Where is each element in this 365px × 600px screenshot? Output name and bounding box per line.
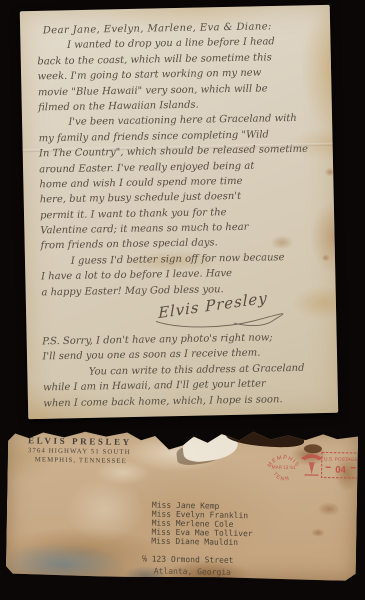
- stamp-state-text: TENN: [271, 471, 291, 483]
- stamp-eagle-icon: [309, 462, 315, 474]
- photo-background: Dear Jane, Evelyn, Marlene, Eva & Diane:…: [0, 0, 365, 600]
- return-address-street: 3764 HIGHWAY 51 SOUTH: [28, 447, 132, 456]
- letter-sheet: Dear Jane, Evelyn, Marlene, Eva & Diane:…: [20, 5, 338, 419]
- recipient-street-line: ℅ 123 Ormond Street: [142, 555, 252, 566]
- envelope: ELVIS PRESLEY 3764 HIGHWAY 51 SOUTH MEMP…: [6, 426, 359, 581]
- recipient-city-line: Atlanta, Georgia: [154, 568, 252, 579]
- signature-block: Elvis Presley: [158, 297, 309, 330]
- stamp-wing-ornament: [301, 454, 323, 460]
- stamp-value-text: 04: [335, 465, 346, 476]
- postage-meter-stamp: MEMPHIS TENN MAR 13 '61 U.S. POSTAGE 04: [264, 445, 363, 487]
- stamp-date-text: MAR 13 '61: [272, 465, 296, 470]
- return-address: ELVIS PRESLEY 3764 HIGHWAY 51 SOUTH MEMP…: [28, 435, 132, 465]
- return-address-name: ELVIS PRESLEY: [28, 435, 132, 447]
- letter-body: Dear Jane, Evelyn, Marlene, Eva & Diane:…: [37, 18, 330, 411]
- stamp-postage-label: U.S. POSTAGE: [324, 456, 358, 463]
- recipient-address-block: Miss Jane Kemp Miss Evelyn Franklin Miss…: [151, 501, 253, 578]
- svg-text:TENN: TENN: [271, 471, 291, 483]
- recipient-line: Miss Diane Mauldin: [151, 537, 252, 548]
- torn-paper-flap: [182, 431, 240, 464]
- return-address-city: MEMPHIS, TENNESSEE: [35, 456, 132, 465]
